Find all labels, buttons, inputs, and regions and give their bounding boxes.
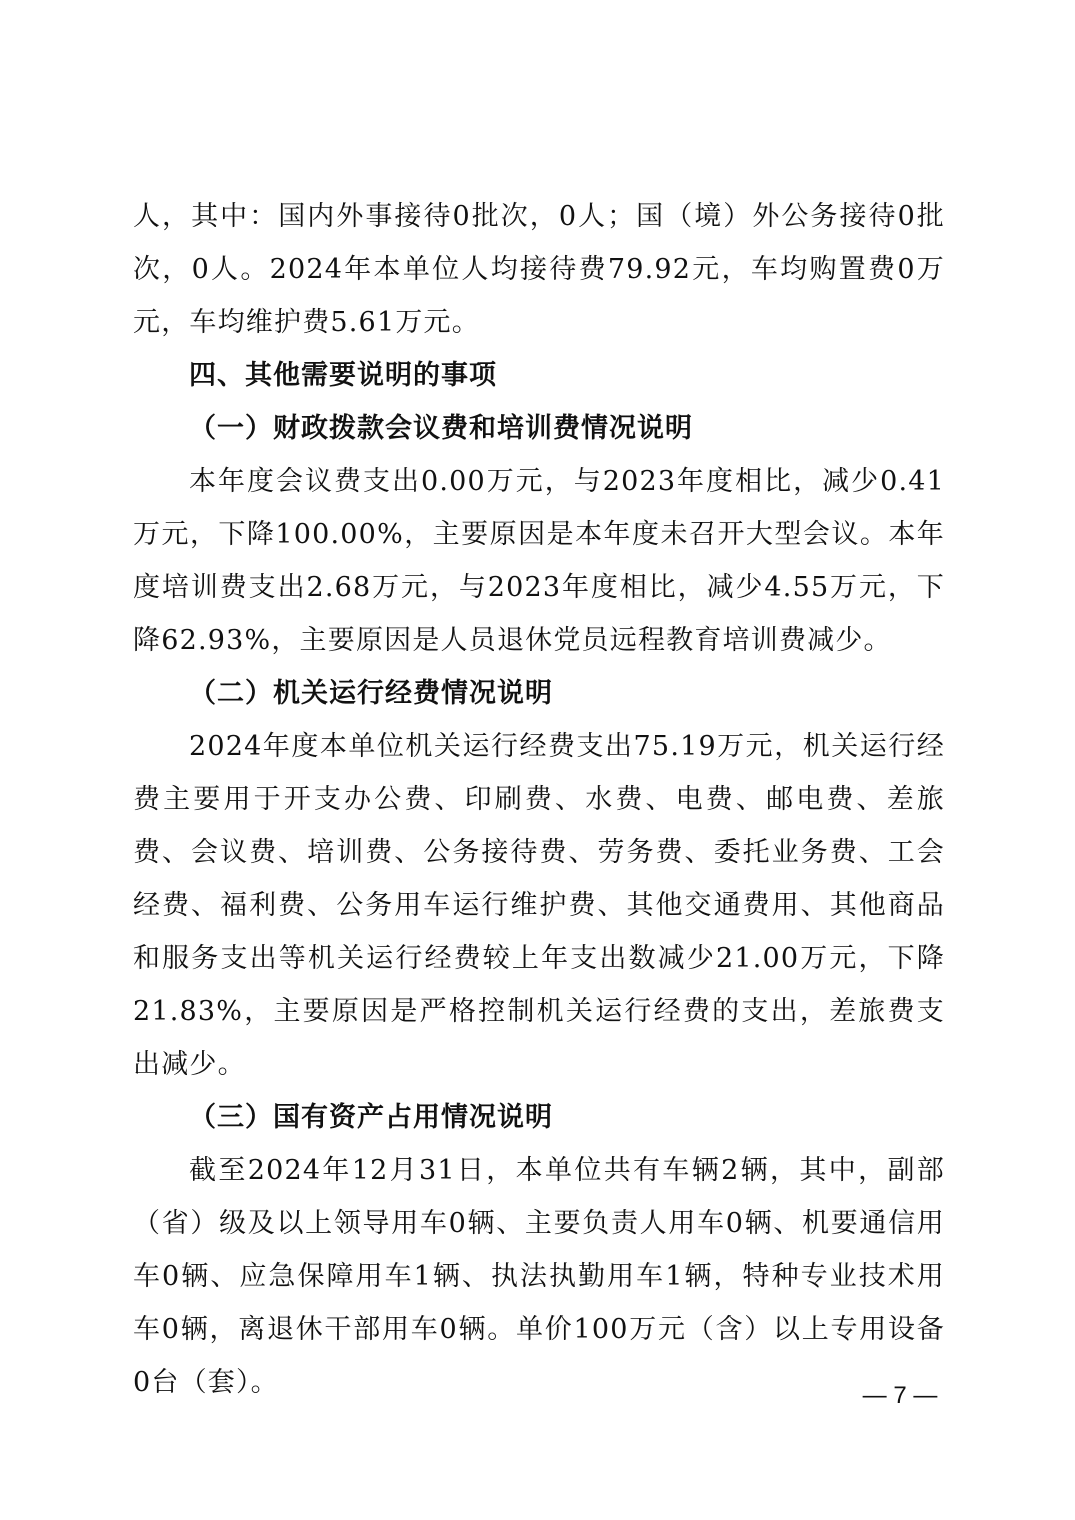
subheading-state-assets: （三）国有资产占用情况说明 xyxy=(133,1091,945,1144)
paragraph-meeting-training: 本年度会议费支出0.00万元，与2023年度相比，减少0.41万元，下降100.… xyxy=(133,455,945,667)
paragraph-operating-expenses: 2024年度本单位机关运行经费支出75.19万元，机关运行经费主要用于开支办公费… xyxy=(133,720,945,1091)
document-page: 人，其中：国内外事接待0批次，0人；国（境）外公务接待0批次，0人。2024年本… xyxy=(133,190,945,1409)
paragraph-reception-stats: 人，其中：国内外事接待0批次，0人；国（境）外公务接待0批次，0人。2024年本… xyxy=(133,190,945,349)
subheading-meeting-training: （一）财政拨款会议费和培训费情况说明 xyxy=(133,402,945,455)
section-heading-other-matters: 四、其他需要说明的事项 xyxy=(133,349,945,402)
subheading-operating-expenses: （二）机关运行经费情况说明 xyxy=(133,667,945,720)
page-number: — 7 — xyxy=(855,1382,945,1410)
paragraph-state-assets: 截至2024年12月31日，本单位共有车辆2辆，其中，副部（省）级及以上领导用车… xyxy=(133,1144,945,1409)
